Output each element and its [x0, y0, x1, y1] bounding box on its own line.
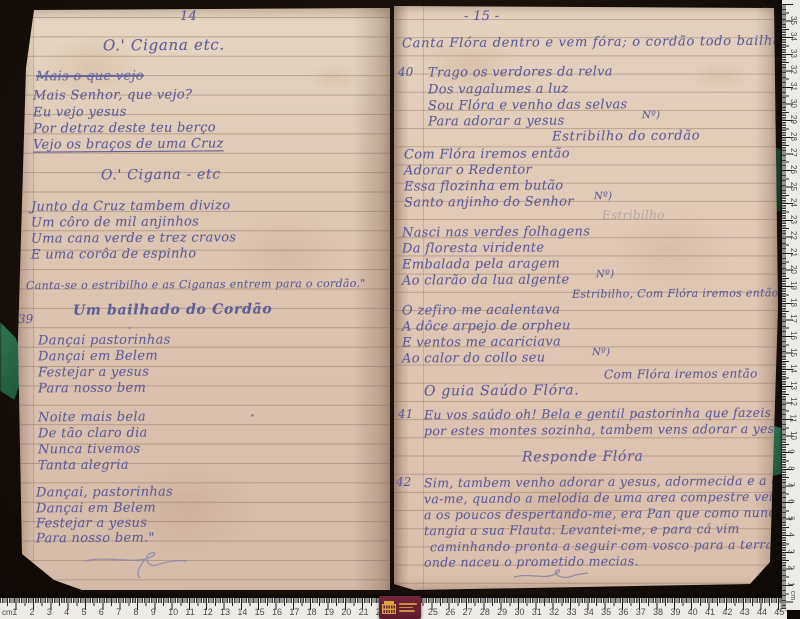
- ruler-number: 40: [688, 607, 698, 617]
- ruler-number: 34: [789, 32, 798, 41]
- manuscript-line: Dançai, pastorinhas: [36, 486, 173, 500]
- ruler-number: 39: [670, 607, 680, 617]
- ruler-number: 11: [185, 607, 194, 617]
- manuscript-line: Noite mais bela: [38, 411, 146, 425]
- ruler-number: 30: [514, 607, 524, 617]
- ruler-number: 35: [601, 607, 611, 617]
- ruler-number: 12: [789, 397, 798, 406]
- ruler-number: 6: [99, 607, 104, 617]
- manuscript-line: Vejo os braços de uma Cruz: [33, 137, 224, 151]
- manuscript-line: Sim, tambem venho adorar a yesus, adorme…: [424, 475, 799, 490]
- ruler-number: 4: [64, 607, 69, 617]
- section-heading: Um bailhado do Cordão: [73, 302, 272, 317]
- manuscript-line: Tanta alegria: [38, 459, 129, 473]
- manuscript-line: Da floresta viridente: [402, 242, 544, 256]
- manuscript-line: Trago os verdores da relva: [428, 65, 613, 79]
- ruler-number: 34: [584, 607, 594, 617]
- section-heading: Responde Flóra: [522, 450, 644, 465]
- refrain-mark: Nº): [592, 348, 610, 358]
- ruler-number: 21: [789, 248, 798, 257]
- ruler-number: 3: [47, 607, 52, 617]
- ruler-number: 19: [789, 281, 798, 290]
- manuscript-line: Canta-se o estribilho e as Ciganas entre…: [26, 278, 366, 291]
- ruler-number: 7: [116, 607, 121, 617]
- ruler-number: 20: [789, 265, 798, 274]
- manuscript-line: Para nosso bem: [38, 382, 146, 396]
- ruler-number: 2: [787, 566, 796, 570]
- ruler-number: 28: [480, 607, 490, 617]
- refrain-mark: Nº): [594, 192, 612, 202]
- ruler-unit-label: cm: [789, 591, 796, 600]
- ruler-number: 41: [705, 607, 715, 617]
- ruler-number: 14: [789, 364, 798, 373]
- manuscript-line: Essa flozinha em butão: [404, 179, 563, 193]
- ruler-number: 5: [787, 516, 796, 520]
- ruler-number: 1: [787, 582, 796, 586]
- manuscript-line: Festejar a yesus: [36, 517, 147, 531]
- manuscript-line: Eu vos saúdo oh! Bela e gentil pastorinh…: [424, 407, 771, 422]
- ruler-number: 26: [789, 165, 798, 174]
- pencil-annotation: Estribilho: [602, 209, 665, 221]
- ruler-number: 6: [787, 499, 796, 503]
- ruler-number: 10: [789, 431, 798, 440]
- manuscript-line: va-me, quando a melodia de uma area comp…: [424, 491, 781, 506]
- manuscript-line: O zefiro me acalentava: [402, 303, 560, 317]
- ruler-number: 42: [722, 607, 732, 617]
- ruler-number: 19: [324, 607, 334, 617]
- manuscript-line: E uma corôa de espinho: [31, 247, 196, 261]
- ruler-number: 26: [445, 607, 455, 617]
- ruler-number: 16: [789, 331, 798, 340]
- manuscript-line: tangia a sua Flauta. Levantei-me, e para…: [424, 523, 740, 538]
- manuscript-line: E ventos me acariciava: [402, 335, 561, 349]
- manuscript-line: Estribilho, Com Flóra iremos então: [572, 287, 779, 299]
- manuscript-line: Santo anjinho do Senhor: [404, 195, 574, 209]
- ruler-number: 30: [789, 99, 798, 108]
- stamp-text-lines: [399, 603, 419, 612]
- ruler-number: 25: [789, 182, 798, 191]
- manuscript-line: caminhando pronta a seguir com vosco par…: [430, 539, 773, 554]
- section-heading: O guia Saúdo Flóra.: [424, 383, 579, 398]
- ruler-number: 27: [789, 148, 798, 157]
- ruler-number: 24: [789, 198, 798, 207]
- manuscript-line: Eu vejo yesus: [33, 106, 127, 120]
- manuscript-line: Dos vagalumes a luz: [428, 83, 569, 97]
- manuscript-line: Embalada pela aragem: [402, 257, 560, 271]
- ruler-number: 3: [787, 549, 796, 553]
- manuscript-line: Festejar a yesus: [38, 366, 149, 380]
- ruler-number: 28: [789, 132, 798, 141]
- ruler-number: 17: [289, 607, 299, 617]
- manuscript-line: A dôce arpejo de orpheu: [402, 319, 571, 333]
- ruler-number: 44: [757, 607, 767, 617]
- ruler-number: 23: [789, 215, 798, 224]
- ruler-number: 13: [789, 381, 798, 390]
- ruler-number: 12: [203, 607, 213, 617]
- ruler-number: 38: [653, 607, 663, 617]
- manuscript-line: Adorar o Redentor: [404, 164, 532, 178]
- ruler-number: 18: [789, 298, 798, 307]
- vertical-ruler: cm 1234567891011121314151617181920212223…: [782, 0, 800, 610]
- page-number: 14: [180, 10, 197, 23]
- manuscript-line: Ao clarão da lua algente: [402, 273, 570, 287]
- ruler-number: 33: [789, 49, 798, 58]
- ruler-number: 32: [549, 607, 559, 617]
- manuscript-line: Junto da Cruz tambem divizo: [31, 199, 230, 213]
- verse-number: 41: [398, 408, 413, 420]
- pencil-flourish: [83, 548, 198, 580]
- ruler-number: 8: [787, 466, 796, 470]
- ruler-number: 22: [789, 231, 798, 240]
- section-heading: Estribilho do cordão: [552, 129, 700, 143]
- ruler-number: 29: [497, 607, 507, 617]
- ruler-number: 21: [359, 607, 369, 617]
- verse-number: 40: [398, 66, 413, 78]
- refrain-mark: Nº): [642, 111, 660, 121]
- manuscript-line: por estes montes sozinha, tambem vens ad…: [424, 423, 797, 438]
- manuscript-line: Mais o que vejo: [36, 70, 144, 84]
- ruler-number: 9: [787, 449, 796, 453]
- ruler-number: 29: [789, 115, 798, 124]
- ruler-number: 37: [636, 607, 646, 617]
- ruler-number: 25: [428, 607, 438, 617]
- manuscript-line: Uma cana verde e trez cravos: [31, 231, 236, 245]
- refrain-mark: Nº): [596, 270, 614, 280]
- section-heading: O.' Cigana - etc: [101, 168, 221, 183]
- ruler-number: 2: [30, 607, 35, 617]
- manuscript-line: Sou Flóra e venho das selvas: [428, 98, 628, 112]
- manuscript-line: Nasci nas verdes folhagens: [402, 225, 590, 239]
- manuscript-line: Com Flóra iremos então: [404, 147, 570, 161]
- ruler-number: 13: [220, 607, 230, 617]
- ruler-number: 18: [307, 607, 317, 617]
- page-number: - 15 -: [464, 10, 499, 23]
- ruler-number: 20: [341, 607, 351, 617]
- manuscript-line: Ao calor do collo seu: [402, 351, 546, 365]
- ruler-number: 31: [532, 607, 542, 617]
- ruler-number: 27: [463, 607, 473, 617]
- manuscript-line: De tão claro dia: [38, 427, 148, 441]
- ruler-number: 15: [255, 607, 265, 617]
- ruler-number: 5: [81, 607, 86, 617]
- manuscript-line: Com Flóra iremos então: [604, 367, 758, 380]
- verse-number: 39: [18, 313, 33, 325]
- right-page: - 15 -Canta Flóra dentro e vem fóra; o c…: [394, 6, 778, 590]
- ruler-number: 8: [133, 607, 138, 617]
- ruler-number: 11: [789, 414, 798, 422]
- manuscript-line: onde naceu o prometido mecias.: [424, 555, 639, 569]
- manuscript-line: Dançai em Belem: [36, 502, 156, 516]
- ruler-number: 31: [789, 82, 798, 91]
- manuscript-line: Mais Senhor, que vejo?: [33, 88, 192, 102]
- manuscript-line: Para nosso bem.": [36, 532, 155, 546]
- ruler-number: 33: [566, 607, 576, 617]
- manuscript-line: a os poucos despertando-me, era Pan que …: [424, 507, 788, 522]
- ruler-number: 1: [12, 607, 17, 617]
- ruler-number: 16: [272, 607, 282, 617]
- building-icon: [381, 601, 397, 615]
- ruler-number: 35: [789, 16, 798, 25]
- section-heading: O.' Cigana etc.: [103, 38, 225, 54]
- ruler-number: 10: [168, 607, 178, 617]
- manuscript-line: Um côro de mil anjinhos: [31, 215, 199, 229]
- ruler-number: 14: [237, 607, 247, 617]
- ruler-number: 32: [789, 65, 798, 74]
- archive-stamp: [379, 596, 421, 619]
- ruler-number: 4: [787, 532, 796, 536]
- left-page: 14O.' Cigana etc.Mais o que vejoMais Sen…: [18, 8, 390, 590]
- ruler-number: 7: [787, 483, 796, 487]
- ruler-unit-label: cm: [2, 608, 13, 617]
- manuscript-line: Dançai pastorinhas: [38, 334, 171, 348]
- ruler-number: 9: [151, 607, 156, 617]
- manuscript-line: Para adorar a yesus: [428, 115, 565, 129]
- section-heading: Canta Flóra dentro e vem fóra; o cordão …: [402, 35, 793, 51]
- ruler-number: 17: [789, 314, 798, 323]
- ruler-number: 15: [789, 348, 798, 357]
- manuscript-line: Por detraz deste teu berço: [33, 121, 216, 135]
- verse-number: 42: [396, 476, 411, 488]
- manuscript-line: Dançai em Belem: [38, 350, 158, 364]
- ruler-number: 43: [740, 607, 750, 617]
- manuscript-line: Nunca tivemos: [38, 443, 141, 457]
- ruler-number: 36: [618, 607, 628, 617]
